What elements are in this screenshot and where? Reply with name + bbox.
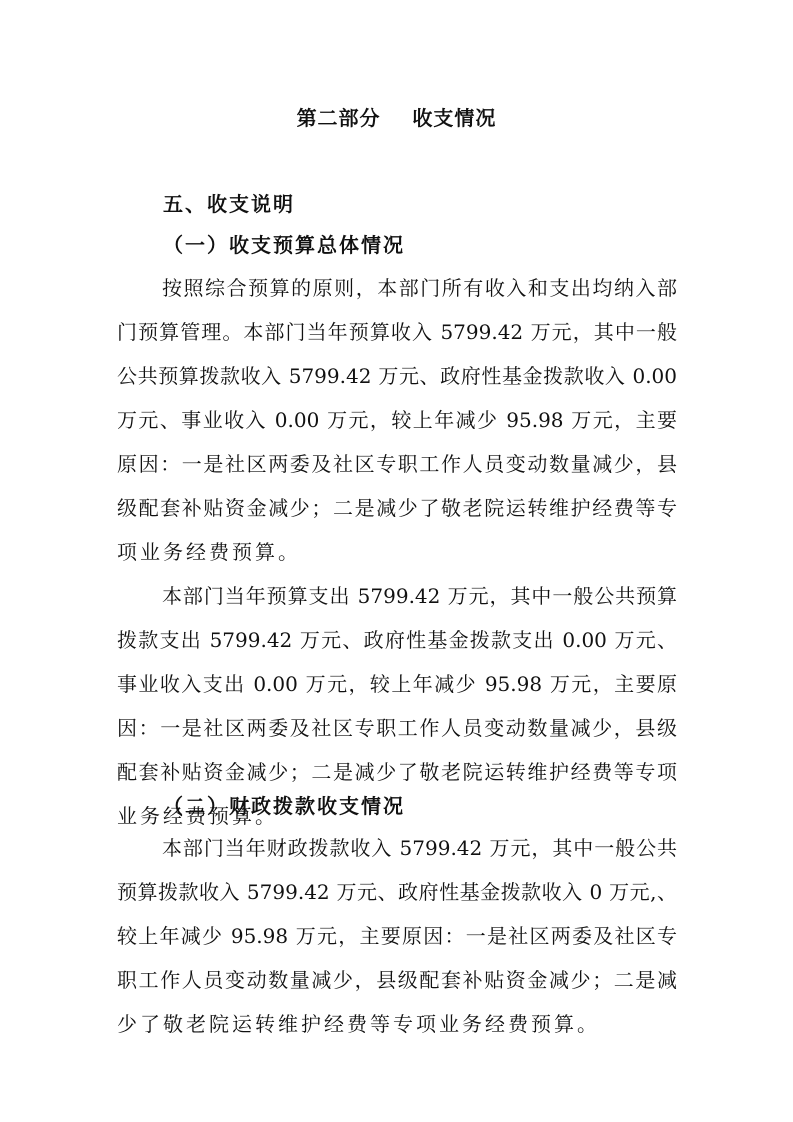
paragraph-line: 配套补贴资金减少；二是减少了敬老院运转维护经费等专项 [117, 750, 677, 794]
paragraph-line: 级配套补贴资金减少；二是减少了敬老院运转维护经费等专 [117, 486, 677, 530]
paragraph-line: 原因：一是社区两委及社区专职工作人员变动数量减少，县 [117, 442, 677, 486]
paragraph-line: 公共预算拨款收入 5799.42 万元、政府性基金拨款收入 0.00 [117, 354, 677, 398]
subsection-heading-2: （二）财政拨款收支情况 [163, 790, 405, 819]
paragraph-line: 本部门当年预算支出 5799.42 万元，其中一般公共预算 [117, 574, 677, 618]
part-title: 第二部分 收支情况 [0, 102, 793, 131]
paragraph-line: 本部门当年财政拨款收入 5799.42 万元，其中一般公共 [117, 826, 677, 870]
paragraph-line: 较上年减少 95.98 万元，主要原因：一是社区两委及社区专 [117, 914, 677, 958]
paragraph-budget-income: 按照综合预算的原则，本部门所有收入和支出均纳入部 门预算管理。本部门当年预算收入… [117, 266, 677, 574]
paragraph-line: 按照综合预算的原则，本部门所有收入和支出均纳入部 [117, 266, 677, 310]
paragraph-line: 项业务经费预算。 [117, 530, 677, 574]
subsection-heading-1: （一）收支预算总体情况 [163, 229, 405, 258]
section-heading: 五、收支说明 [163, 188, 295, 217]
paragraph-line: 少了敬老院运转维护经费等专项业务经费预算。 [117, 1002, 677, 1046]
paragraph-line: 门预算管理。本部门当年预算收入 5799.42 万元，其中一般 [117, 310, 677, 354]
paragraph-line: 事业收入支出 0.00 万元，较上年减少 95.98 万元，主要原 [117, 662, 677, 706]
paragraph-line: 拨款支出 5799.42 万元、政府性基金拨款支出 0.00 万元、 [117, 618, 677, 662]
paragraph-line: 因：一是社区两委及社区专职工作人员变动数量减少，县级 [117, 706, 677, 750]
paragraph-line: 预算拨款收入 5799.42 万元、政府性基金拨款收入 0 万元,、 [117, 870, 677, 914]
paragraph-line: 万元、事业收入 0.00 万元，较上年减少 95.98 万元，主要 [117, 398, 677, 442]
document-page: 第二部分 收支情况 五、收支说明 （一）收支预算总体情况 按照综合预算的原则，本… [0, 0, 793, 1122]
paragraph-line: 职工作人员变动数量减少，县级配套补贴资金减少；二是减 [117, 958, 677, 1002]
paragraph-fiscal-appropriation: 本部门当年财政拨款收入 5799.42 万元，其中一般公共 预算拨款收入 579… [117, 826, 677, 1046]
